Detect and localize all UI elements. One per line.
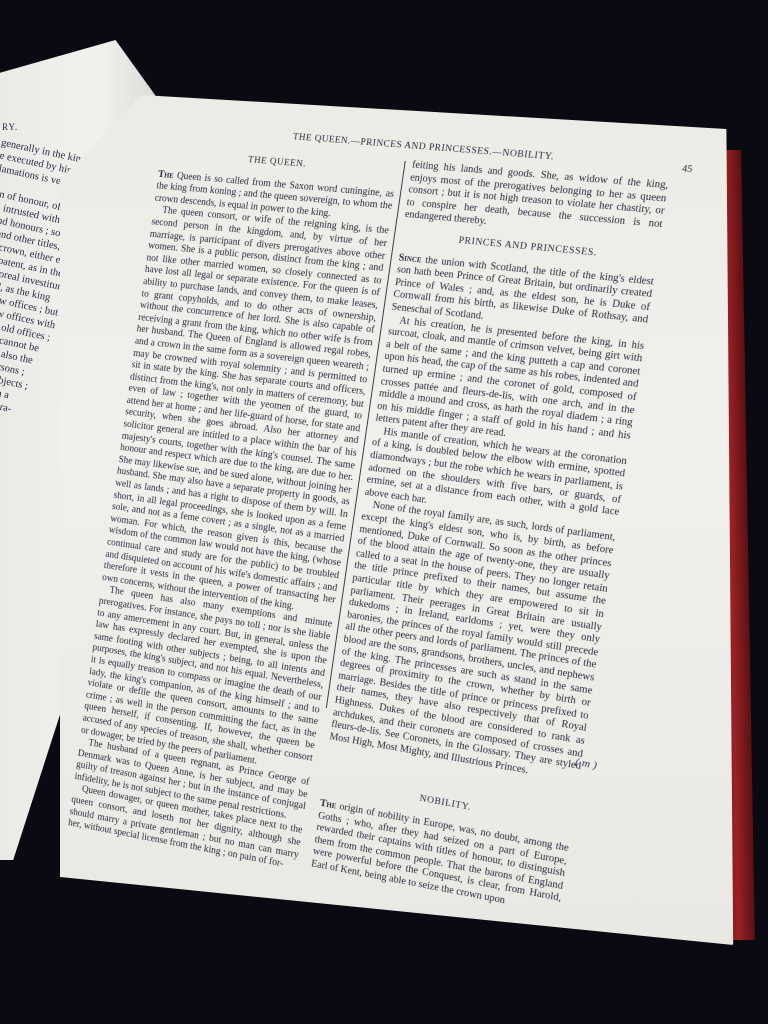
lead-word: The xyxy=(319,798,337,812)
left-running-head: RY. xyxy=(2,122,18,132)
book-photo: RY. s generally in the king's name ;are … xyxy=(0,0,768,1024)
paragraph: None of the royal family are, as such, l… xyxy=(329,499,616,786)
continuation-paragraph: feiting his lands and goods. She, as wid… xyxy=(404,159,669,244)
lead-word: Since xyxy=(398,252,422,265)
lead-word: The xyxy=(157,169,174,181)
page-number: 45 xyxy=(681,164,693,175)
right-page-content: THE QUEEN.—PRINCES AND PRINCESSES.—NOBIL… xyxy=(62,118,709,894)
paragraph: The queen consort, or wife of the reigni… xyxy=(101,205,389,620)
